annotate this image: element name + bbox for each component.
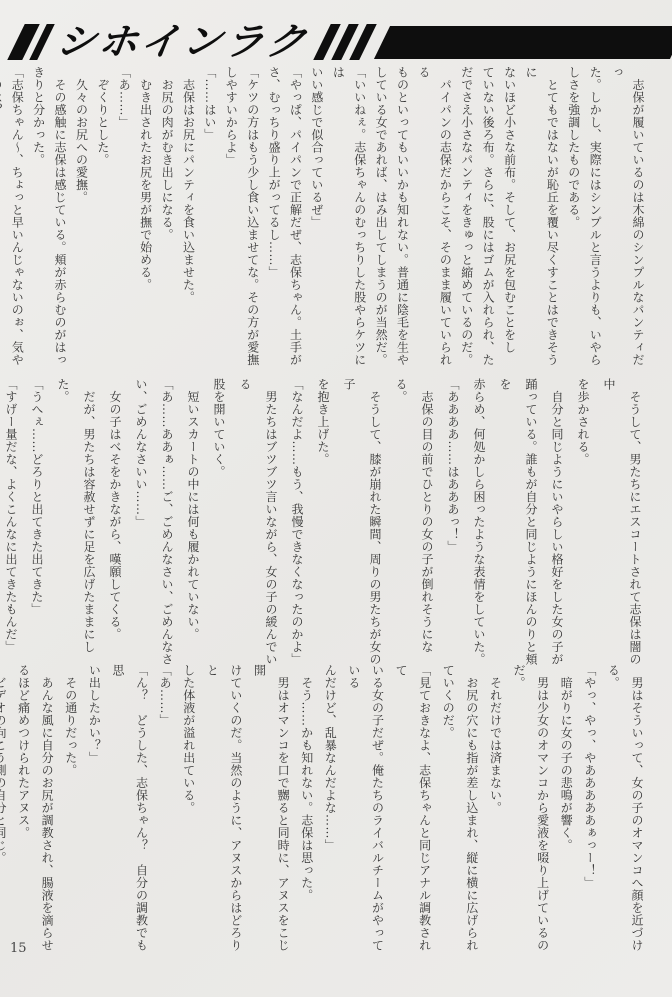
text-line: した体液が溢れ出ている。 [176, 664, 200, 956]
text-line: 暗がりに女の子の悲鳴が響く。 [554, 664, 578, 956]
text-line: むき出されたお尻を男が撫で始める。 [134, 66, 155, 378]
text-line: 「あ……」 [113, 66, 134, 378]
text-line: 「ん？ どうした、志保ちゃん？ 自分の調教でも思 [105, 664, 152, 956]
logo-title: シホインラク [53, 23, 310, 61]
text-line: 「うへぇ……どろりと出てきた出てきた」 [24, 378, 50, 668]
text-line: 「やっぱ、パイパンで正解だぜ、志保ちゃん。土手が [284, 66, 305, 378]
text-line: 志保の目の前でひとりの女の子が倒れそうになる。 [388, 378, 440, 668]
text-line: 短いスカートの中には何も履かれていない。 [180, 378, 206, 668]
text-line: だでさえ小さなパンティをきゅっと縮めているのだ。 [455, 66, 476, 378]
text-line: さ、むっちり盛り上がってるし……」 [263, 66, 284, 378]
text-line: るほど痛めつけられたアヌス。 [11, 664, 35, 956]
text-line: 踊っている。誰もが自分と同じようにほんのりと頬を [492, 378, 544, 668]
text-line: けていくのだ。当然のように、アヌスからはどろりと [200, 664, 247, 956]
text-line: 「ああああ……はあああっ！」 [440, 378, 466, 668]
text-line: 自分と同じようにいやらしい格好をした女の子が [544, 378, 570, 668]
text-line: いる女の子だぜ。俺たちのライバルチームがやっている [341, 664, 388, 956]
text-line: 「見ておきなよ、志保ちゃんと同じアナル調教されて [388, 664, 435, 956]
text-line: んだけど、乱暴なんだよな……」 [318, 664, 342, 956]
text-line: 「いいねぇ。志保ちゃんのむっちりした股やらケツには [327, 66, 370, 378]
text-line: その通りだった。 [58, 664, 82, 956]
text-line: 男たちはブツブツ言いながら、女の子の緩んでいる [232, 378, 284, 668]
text-line: その感触に志保は感じている。頬が赤らむのがはっ [49, 66, 70, 378]
text-line: 「なんだよ……もう、我慢できなくなったのかよ」 [284, 378, 310, 668]
text-line: た。しかし、実際にはシンプルと言うよりも、いやら [584, 66, 605, 378]
text-block-top: 志保が履いているのは木綿のシンプルなパンティだった。しかし、実際にはシンプルと言… [18, 66, 648, 378]
text-line: 久々のお尻への愛撫。 [70, 66, 91, 378]
text-line: 男は少女のオマンコから愛液を啜り上げているのだ。 [506, 664, 553, 956]
page-number: 15 [10, 941, 27, 956]
text-line: そうして、男たちにエスコートされて志保は闇の中 [596, 378, 648, 668]
text-block-middle: そうして、男たちにエスコートされて志保は闇の中を歩かされる。 自分と同じようにい… [18, 378, 648, 668]
text-line: しやすいからよ」 [220, 66, 241, 378]
text-line: 股を開いていく。 [206, 378, 232, 668]
text-line: 志保が履いているのは木綿のシンプルなパンティだっ [605, 66, 648, 378]
text-line: 「あ……」 [153, 664, 177, 956]
text-line: 「ケツの方はもう少し食い込ませてな。その方が愛撫 [241, 66, 262, 378]
text-line: 女の子はべそをかきながら、嘆願してくる。 [102, 378, 128, 668]
text-line: ぞくりとした。 [91, 66, 112, 378]
text-line: ビデオの向こう側の自分と同じ。 [0, 664, 11, 956]
text-line: きりと分かった。 [27, 66, 48, 378]
text-line: 「すげー量だな、よくこんなに出てきたもんだ」 [0, 378, 24, 668]
text-line: ていくのだ。 [436, 664, 460, 956]
text-line: 「……はい」 [198, 66, 219, 378]
text-line: お尻の肉がむき出しになる。 [156, 66, 177, 378]
text-line: とてもではないが恥丘を覆い尽くすことはできそうに [520, 66, 563, 378]
text-line: 男はそういって、女の子のオマンコへ顔を近づける。 [601, 664, 648, 956]
text-line: い、ごめんなさいい……」 [128, 378, 154, 668]
text-line: 赤らめ、何処かしら困ったような表情をしていた。 [466, 378, 492, 668]
text-line: を抱き上げた。 [310, 378, 336, 668]
text-line: している女であれば、はみ出してしまうのが当然だ。 [370, 66, 391, 378]
text-line: それだけでは済まない。 [483, 664, 507, 956]
text-line: パイパンの志保だからこそ、そのまま履いていられる [413, 66, 456, 378]
text-block-bottom: 男はそういって、女の子のオマンコへ顔を近づける。「やっ、やっ、やあああああぁっー… [18, 664, 648, 956]
text-line: お尻の穴にも指が差し込まれ、縦に横に広げられ [459, 664, 483, 956]
text-line: 志保はお尻にパンティを食い込ませた。 [177, 66, 198, 378]
text-line: ものといってもいいかも知れない。普通に陰毛を生や [391, 66, 412, 378]
header-logo-banner: シホインラク [16, 21, 672, 63]
banner-rule-bar [374, 26, 672, 59]
text-line: い出したかい？」 [82, 664, 106, 956]
text-line: しさを強調したものである。 [562, 66, 583, 378]
text-line: いい感じで似合っているぜ」 [306, 66, 327, 378]
text-line: ないほど小さな前布。そして、お尻を包むことをし [498, 66, 519, 378]
text-line: あんな風に自分のお尻が調教され、腸液を滴らせ [35, 664, 59, 956]
text-line: そう……かも知れない。志保は思った。 [294, 664, 318, 956]
text-line: ていない後ろ布。さらに、股にはゴムが入れられ、た [477, 66, 498, 378]
text-line: 「やっ、やっ、やあああああぁっー！」 [577, 664, 601, 956]
text-line: を歩かされる。 [570, 378, 596, 668]
text-line: そうして、膝が崩れた瞬間、周りの男たちが女の子 [336, 378, 388, 668]
text-line: 「あ……ああぁ……ご、ごめんなさい、ごめんなさ [154, 378, 180, 668]
text-line: 「志保ちゃん～、ちょっと早いんじゃないのぉ、気や [6, 66, 27, 378]
text-line: だが、男たちは容赦せずに足を広げたままにした。 [50, 378, 102, 668]
text-line: 男はオマンコを口で嬲ると同時に、アヌスをこじ開 [247, 664, 294, 956]
text-line: るのは？」 [0, 66, 6, 378]
